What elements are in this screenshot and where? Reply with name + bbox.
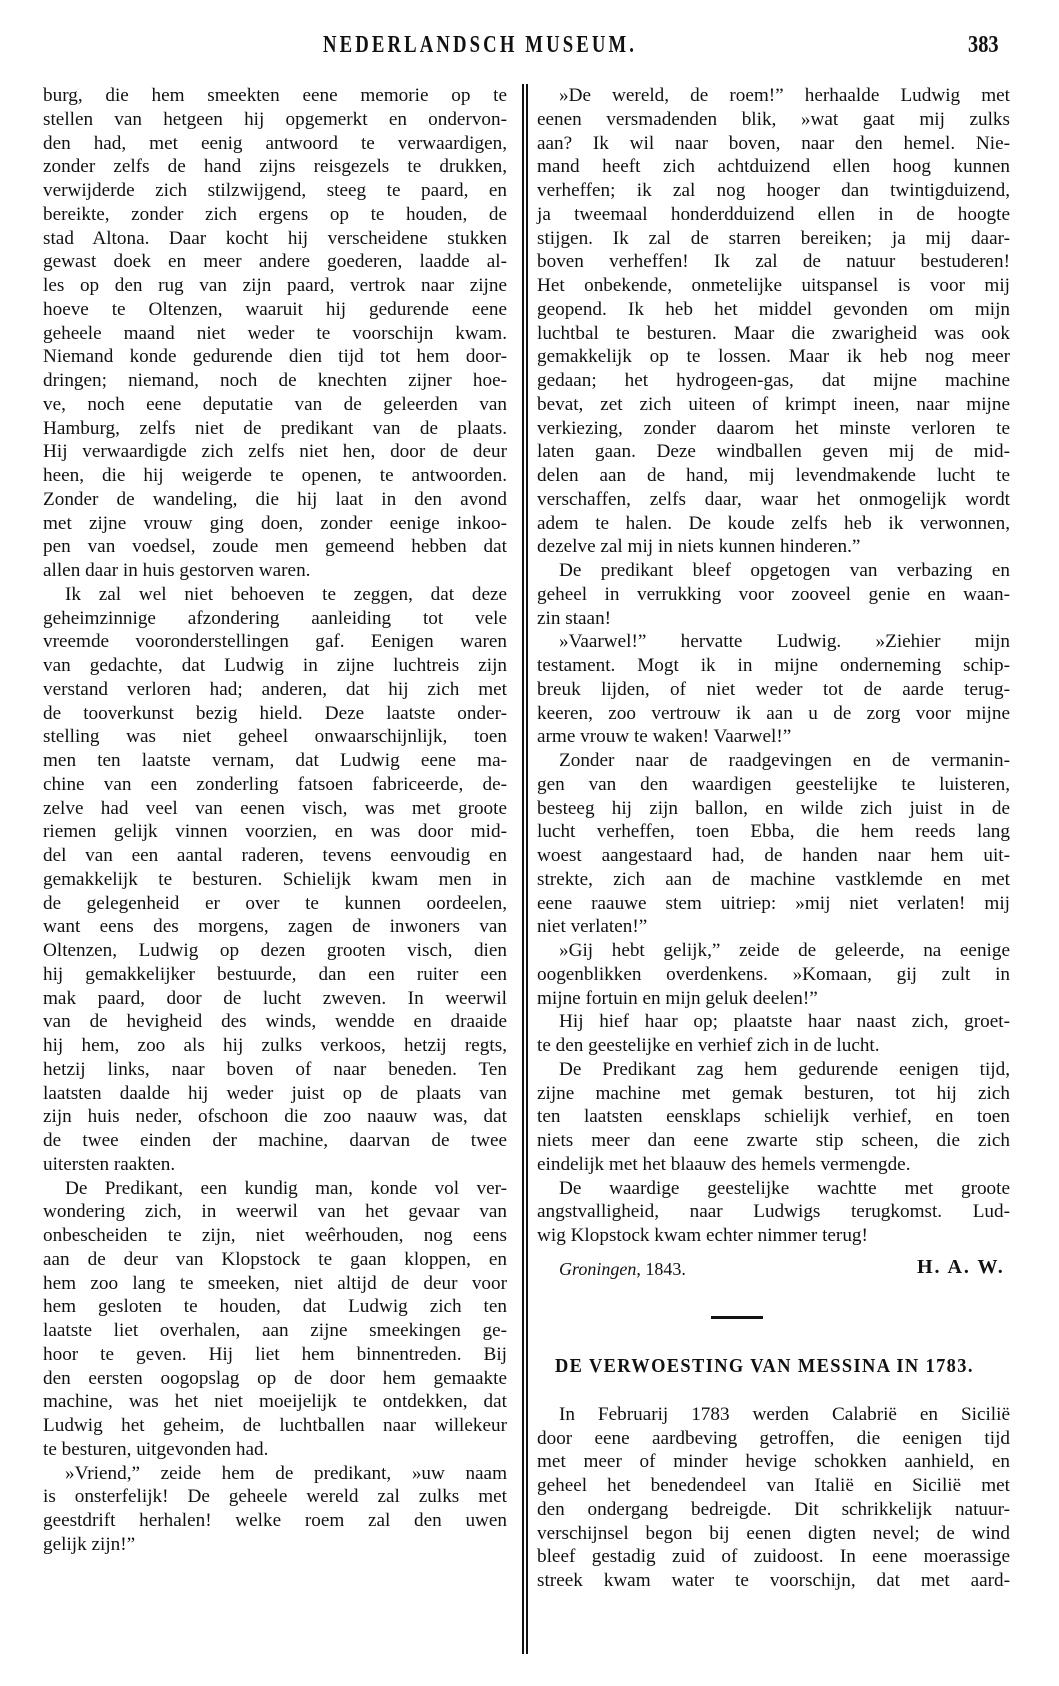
text-line: stelling was niet geheel onwaarschijnlij…	[43, 725, 507, 749]
text-line: chine van een zonderling fatsoen fabrice…	[43, 773, 507, 797]
text-line: van de hevigheid des winds, wendde en dr…	[43, 1010, 507, 1034]
section-title: DE VERWOESTING VAN MESSINA IN 1783.	[555, 1355, 974, 1403]
text-line: gelijk zijn!”	[43, 1533, 507, 1557]
text-line: wig Klopstock kwam echter nimmer terug!	[537, 1224, 1010, 1248]
text-line: del van een aantal raderen, tevens eenvo…	[43, 844, 507, 868]
page-number: 383	[968, 32, 999, 59]
text-line: les op den rug van zijn paard, vertrok n…	[43, 274, 507, 298]
text-line: streek kwam water te voorschijn, dat met…	[537, 1569, 1010, 1593]
text-line: uitersten raakten.	[43, 1153, 507, 1177]
text-line: verschijnsel begon bij eenen digten neve…	[537, 1522, 1010, 1546]
text-line: Hij verwaardigde zich zelfs niet hen, do…	[43, 440, 507, 464]
text-line: dringen; niemand, noch de knechten zijne…	[43, 369, 507, 393]
text-line: geheele maand niet weder te voorschijn k…	[43, 322, 507, 346]
text-line: gewast doek en meer andere goederen, laa…	[43, 250, 507, 274]
text-line: hem zoo lang te smeeken, niet altijd de …	[43, 1272, 507, 1296]
text-line: ja tweemaal honderdduizend ellen in de h…	[537, 203, 1010, 227]
text-line: burg, die hem smeekten eene memorie op t…	[43, 84, 507, 108]
text-line: den ondergang bedreigde. Dit schrikkelij…	[537, 1498, 1010, 1522]
text-line: zelve had veel van eenen visch, was met …	[43, 797, 507, 821]
text-line: verkiezing, zonder daarom het minste ver…	[537, 417, 1010, 441]
text-line: de gelegenheid er over te kunnen oordeel…	[43, 892, 507, 916]
right-column: »De wereld, de roem!” herhaalde Ludwig m…	[537, 84, 1010, 1593]
text-line: van gedachte, dat Ludwig in zijne luchtr…	[43, 654, 507, 678]
text-line: In Februarij 1783 werden Calabrië en Sic…	[537, 1403, 1010, 1427]
running-title: NEDERLANDSCH MUSEUM.	[323, 32, 637, 59]
signoff: Groningen, 1843. H. A. W.	[537, 1248, 1010, 1298]
text-line: Niemand konde gedurende dien tijd tot he…	[43, 345, 507, 369]
text-line: geheimzinnige afzondering aanleiding tot…	[43, 607, 507, 631]
text-line: te besturen, uitgevonden had.	[43, 1438, 507, 1462]
text-line: adem te halen. De koude zelfs heb ik ver…	[537, 512, 1010, 536]
text-line: verschaffen, zelfs daar, waar het onmoge…	[537, 488, 1010, 512]
text-line: hij hem, zoo als hij zulks verkoos, hetz…	[43, 1034, 507, 1058]
text-line: arme vrouw te waken! Vaarwel!”	[537, 725, 1010, 749]
text-line: De Predikant, een kundig man, konde vol …	[43, 1177, 507, 1201]
text-line: bleef gestadig zuid of zuidoost. In eene…	[537, 1545, 1010, 1569]
text-line: Zonder de wandeling, die hij laat in den…	[43, 488, 507, 512]
text-line: Ik zal wel niet behoeven te zeggen, dat …	[43, 583, 507, 607]
text-line: angstvalligheid, naar Ludwigs terugkomst…	[537, 1200, 1010, 1224]
text-line: oogenblikken overdenkens. »Komaan, gij z…	[537, 963, 1010, 987]
text-line: wondering zich, in weerwil van het gevaa…	[43, 1200, 507, 1224]
text-line: ten laatsten eensklaps schielijk verhief…	[537, 1105, 1010, 1129]
text-line: gemakkelijk te besturen. Schielijk kwam …	[43, 868, 507, 892]
text-line: niets meer dan eene zwarte stip scheen, …	[537, 1129, 1010, 1153]
text-line: machine, was het niet moeijelijk te ontd…	[43, 1390, 507, 1414]
text-line: geopend. Ik heb het middel gevonden om m…	[537, 298, 1010, 322]
text-line: want eens des morgens, zagen de inwoners…	[43, 915, 507, 939]
text-line: Hij hief haar op; plaatste haar naast zi…	[537, 1010, 1010, 1034]
place-date: Groningen, 1843.	[559, 1258, 686, 1282]
story-ending: »De wereld, de roem!” herhaalde Ludwig m…	[537, 84, 1010, 1248]
text-line: laten gaan. Deze windballen geven mij de…	[537, 440, 1010, 464]
page-header: NEDERLANDSCH MUSEUM. 383	[0, 28, 1059, 68]
column-divider	[522, 84, 528, 1654]
text-line: Zonder naar de raadgevingen en de verman…	[537, 749, 1010, 773]
text-line: eindelijk met het blaauw des hemels verm…	[537, 1153, 1010, 1177]
text-line: met zijne vrouw ging doen, zonder eenige…	[43, 512, 507, 536]
text-line: De predikant bleef opgetogen van verbazi…	[537, 559, 1010, 583]
text-line: bevat, zet zich uiteen of krimpt ineen, …	[537, 393, 1010, 417]
text-line: men ten laatste vernam, dat Ludwig eene …	[43, 749, 507, 773]
text-line: gemakkelijk op te lossen. Maar ik heb no…	[537, 345, 1010, 369]
text-line: niet verlaten!”	[537, 915, 1010, 939]
text-line: woest aangestaard had, de handen naar he…	[537, 844, 1010, 868]
author-initials: H. A. W.	[917, 1256, 1005, 1280]
text-line: aan de deur van Klopstock te gaan kloppe…	[43, 1248, 507, 1272]
text-line: geheel het benedendeel van Italië en Sic…	[537, 1474, 1010, 1498]
text-line: lucht verheffen, toen Ebba, die hem reed…	[537, 820, 1010, 844]
text-line: eenen versmadenden blik, »wat gaat mij z…	[537, 108, 1010, 132]
text-line: hij gemakkelijker bestuurde, dan een rui…	[43, 963, 507, 987]
text-line: testament. Mogt ik in mijne onderneming …	[537, 654, 1010, 678]
text-line: laatste liet overhalen, aan zijne smeeki…	[43, 1319, 507, 1343]
text-line: stad Altona. Daar kocht hij verscheidene…	[43, 227, 507, 251]
section-body: In Februarij 1783 werden Calabrië en Sic…	[537, 1403, 1010, 1593]
text-line: luchtbal te besturen. Maar die zwarighei…	[537, 322, 1010, 346]
text-line: »Vaarwel!” hervatte Ludwig. »Ziehier mij…	[537, 630, 1010, 654]
text-line: hoeve te Oltenzen, waaruit hij gedurende…	[43, 298, 507, 322]
text-line: den had, met eenig antwoord te verwaardi…	[43, 132, 507, 156]
text-line: »De wereld, de roem!” herhaalde Ludwig m…	[537, 84, 1010, 108]
text-line: Ludwig het geheim, de luchtballen naar w…	[43, 1414, 507, 1438]
text-line: geestdrift herhalen! welke roem zal den …	[43, 1509, 507, 1533]
text-line: verheffen; ik zal nog hooger dan twintig…	[537, 179, 1010, 203]
text-line: »Vriend,” zeide hem de predikant, »uw na…	[43, 1462, 507, 1486]
text-line: door eene aardbeving getroffen, die eeni…	[537, 1427, 1010, 1451]
text-line: zijne machine met gemak besturen, tot hi…	[537, 1082, 1010, 1106]
text-line: boven verheffen! Ik zal de natuur bestud…	[537, 250, 1010, 274]
text-line: zijn huis neder, ofschoon die zoo naauw …	[43, 1105, 507, 1129]
text-line: met meer of minder hevige schokken aanhi…	[537, 1450, 1010, 1474]
text-line: besteeg hij zijn ballon, en wilde zich j…	[537, 797, 1010, 821]
text-line: is onsterfelijk! De geheele wereld zal z…	[43, 1485, 507, 1509]
text-line: strekte, zich aan de machine vastklemde …	[537, 868, 1010, 892]
text-line: Oltenzen, Ludwig op dezen grooten visch,…	[43, 939, 507, 963]
text-line: Hamburg, zelfs niet de predikant van de …	[43, 417, 507, 441]
text-line: geheel in verrukking voor zooveel genie …	[537, 583, 1010, 607]
text-line: zonder zelfs de hand zijns reisgezels te…	[43, 155, 507, 179]
year: , 1843.	[636, 1259, 686, 1279]
text-line: stijgen. Ik zal de starren bereiken; ja …	[537, 227, 1010, 251]
left-column: burg, die hem smeekten eene memorie op t…	[43, 84, 507, 1557]
section-separator-rule	[711, 1316, 763, 1319]
text-line: pen van voedsel, zoude men gemeend hebbe…	[43, 535, 507, 559]
text-line: De Predikant zag hem gedurende eenigen t…	[537, 1058, 1010, 1082]
text-line: hem gesloten te houden, dat Ludwig zich …	[43, 1295, 507, 1319]
text-line: verstand verloren had; anderen, dat hij …	[43, 678, 507, 702]
text-line: bereikte, zonder zich ergens op te houde…	[43, 203, 507, 227]
text-line: hoor te geven. Hij liet hem binnentreden…	[43, 1343, 507, 1367]
text-line: breuk lijden, of niet weder tot de aarde…	[537, 678, 1010, 702]
text-line: allen daar in huis gestorven waren.	[43, 559, 507, 583]
text-line: aan? Ik wil naar boven, naar den hemel. …	[537, 132, 1010, 156]
place: Groningen	[559, 1259, 636, 1279]
text-line: riemen gelijk vinnen voorzien, en was do…	[43, 820, 507, 844]
text-line: eene raauwe stem uitriep: »mij niet verl…	[537, 892, 1010, 916]
text-line: dezelve zal mij in niets kunnen hinderen…	[537, 535, 1010, 559]
text-line: Het onbekende, onmetelijke uitspansel is…	[537, 274, 1010, 298]
text-line: te den geestelijke en verhief zich in de…	[537, 1034, 1010, 1058]
text-line: ve, noch eene deputatie van de geleerden…	[43, 393, 507, 417]
text-line: heen, die hij weigerde te openen, te ant…	[43, 464, 507, 488]
text-line: hetzij links, naar boven of naar beneden…	[43, 1058, 507, 1082]
text-line: onbescheiden te zijn, niet weêrhouden, n…	[43, 1224, 507, 1248]
text-line: stellen van hetgeen hij opgemerkt en ond…	[43, 108, 507, 132]
text-line: de tooverkunst bezig hield. Deze laatste…	[43, 702, 507, 726]
text-line: mijne fortuin en mijn geluk deelen!”	[537, 987, 1010, 1011]
text-line: den eersten oogopslag op de door hem gem…	[43, 1367, 507, 1391]
text-line: gen van den waardigen geestelijke te lui…	[537, 773, 1010, 797]
text-line: keeren, zoo vertrouw ik aan u de zorg vo…	[537, 702, 1010, 726]
text-line: de twee einden der machine, daarvan de t…	[43, 1129, 507, 1153]
text-line: laatsten daalde hij weder juist op de pl…	[43, 1082, 507, 1106]
text-line: delen aan de hand, mij levendmakende luc…	[537, 464, 1010, 488]
text-line: vreemde vooronderstellingen gaf. Eenigen…	[43, 630, 507, 654]
text-line: mand heeft zich achtduizend ellen hoog k…	[537, 155, 1010, 179]
text-line: verwijderde zich stilzwijgend, steeg te …	[43, 179, 507, 203]
text-line: gedaan; het hydrogeen-gas, dat mijne mac…	[537, 369, 1010, 393]
text-line: De waardige geestelijke wachtte met groo…	[537, 1177, 1010, 1201]
text-line: zin staan!	[537, 607, 1010, 631]
text-line: mak paard, door de lucht zweven. In weer…	[43, 987, 507, 1011]
text-line: »Gij hebt gelijk,” zeide de geleerde, na…	[537, 939, 1010, 963]
